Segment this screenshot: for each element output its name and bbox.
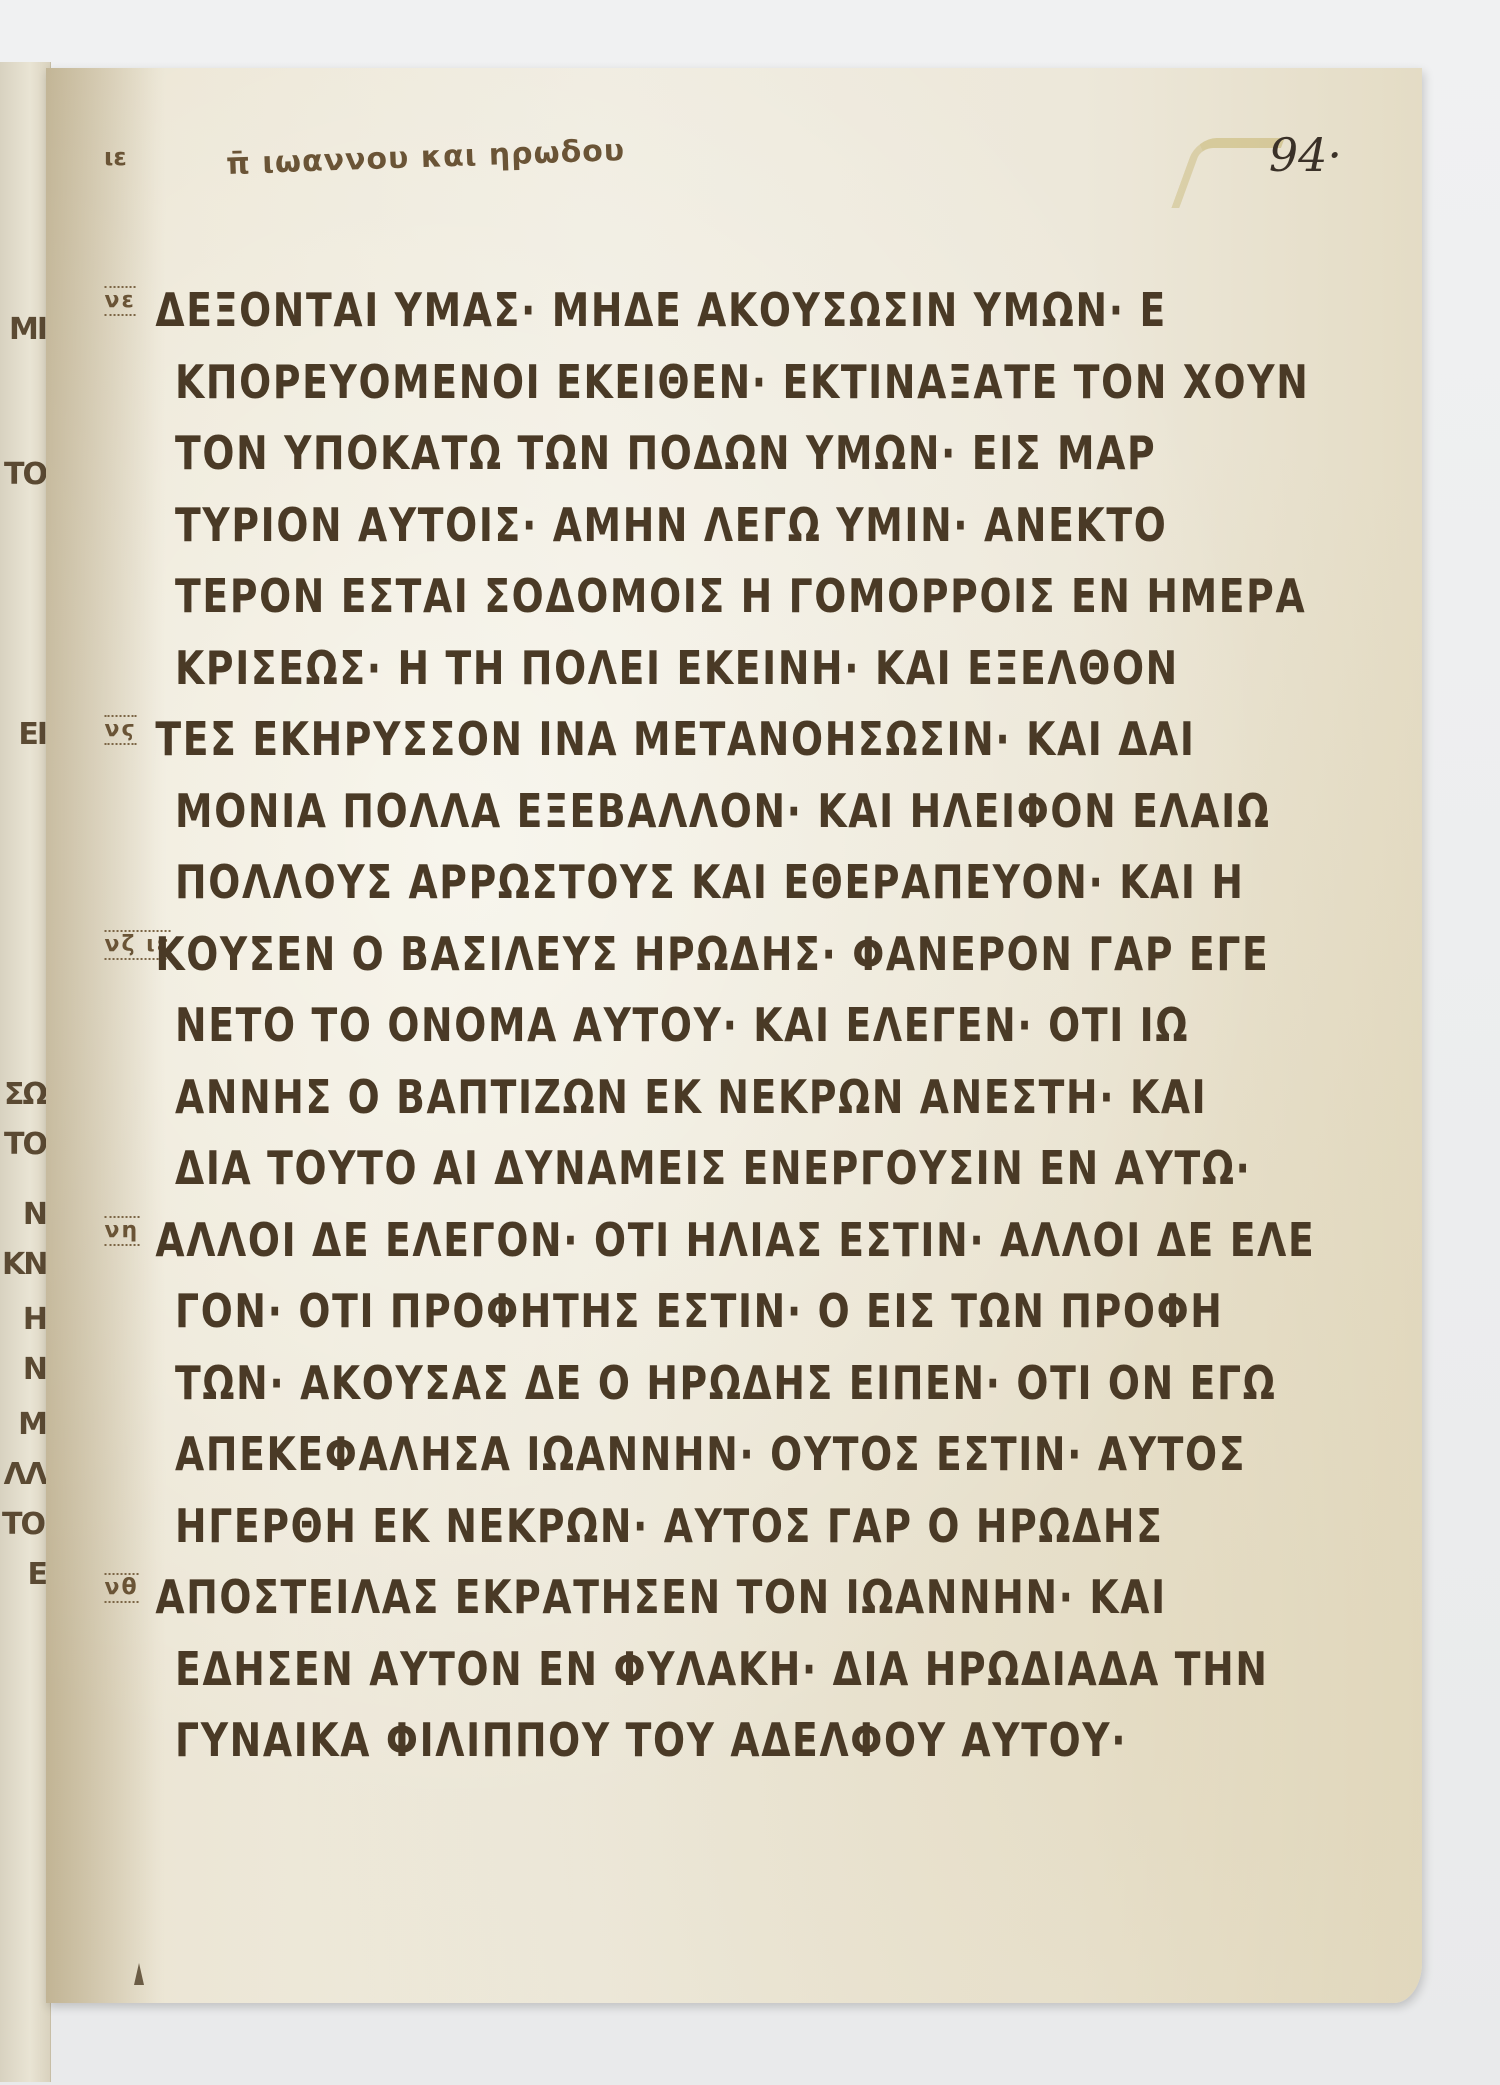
text-line: ΗΓΕΡΘΗ ΕΚ ΝΕΚΡΩΝ· ΑΥΤΟΣ ΓΑΡ Ο ΗΡΩΔΗΣ (116, 1496, 1100, 1568)
verso-fragment: ΕΙ (2, 717, 46, 752)
text-line: ΠΟΛΛΟΥΣ ΑΡΡΩΣΤΟΥΣ ΚΑΙ ΕΘΕΡΑΠΕΥΟΝ· ΚΑΙ Η (116, 852, 1100, 924)
line-text: ΤΥΡΙΟΝ ΑΥΤΟΙΣ· ΑΜΗΝ ΛΕΓΩ ΥΜΙΝ· ΑΝΕΚΤΟ (175, 495, 1167, 555)
verso-fragment: ΚΝ (2, 1247, 46, 1282)
text-line: ΜΟΝΙΑ ΠΟΛΛΑ ΕΞΕΒΑΛΛΟΝ· ΚΑΙ ΗΛΕΙΦΟΝ ΕΛΑΙΩ (116, 781, 1100, 853)
verso-fragment: ΜΙ (2, 312, 46, 347)
line-text: ΓΟΝ· ΟΤΙ ΠΡΟΦΗΤΗΣ ΕΣΤΙΝ· Ο ΕΙΣ ΤΩΝ ΠΡΟΦΗ (175, 1281, 1223, 1341)
text-line: ΤΥΡΙΟΝ ΑΥΤΟΙΣ· ΑΜΗΝ ΛΕΓΩ ΥΜΙΝ· ΑΝΕΚΤΟ (116, 495, 1100, 567)
text-line: ΔΙΑ ΤΟΥΤΟ ΑΙ ΔΥΝΑΜΕΙΣ ΕΝΕΡΓΟΥΣΙΝ ΕΝ ΑΥΤΩ… (116, 1138, 1100, 1210)
line-text: ΔΙΑ ΤΟΥΤΟ ΑΙ ΔΥΝΑΜΕΙΣ ΕΝΕΡΓΟΥΣΙΝ ΕΝ ΑΥΤΩ… (175, 1138, 1251, 1198)
verso-fragment: ΤΟ (2, 457, 46, 492)
line-text: ΚΠΟΡΕΥΟΜΕΝΟΙ ΕΚΕΙΘΕΝ· ΕΚΤΙΝΑΞΑΤΕ ΤΟΝ ΧΟΥ… (175, 352, 1309, 412)
verso-fragment: Ν (2, 1197, 46, 1232)
folio-number: 94· (1269, 128, 1342, 182)
text-line: ΑΝΝΗΣ Ο ΒΑΠΤΙΖΩΝ ΕΚ ΝΕΚΡΩΝ ΑΝΕΣΤΗ· ΚΑΙ (116, 1067, 1100, 1139)
verso-page-edge: ΜΙ ΤΟ ΕΙ ΣΩ ΤΟ Ν ΚΝ Η Ν Μ ΛΛ ΤΟΙ Ε (0, 62, 51, 2082)
verso-fragment: Μ (2, 1407, 46, 1442)
line-text: ΝΕΤΟ ΤΟ ΟΝΟΜΑ ΑΥΤΟΥ· ΚΑΙ ΕΛΕΓΕΝ· ΟΤΙ ΙΩ (175, 995, 1189, 1055)
text-line: νθ ΑΠΟΣΤΕΙΛΑΣ ΕΚΡΑΤΗΣΕΝ ΤΟΝ ΙΩΑΝΝΗΝ· ΚΑΙ (116, 1567, 1100, 1639)
verso-fragment: Ν (2, 1352, 46, 1387)
text-line: ΤΟΝ ΥΠΟΚΑΤΩ ΤΩΝ ΠΟΔΩΝ ΥΜΩΝ· ΕΙΣ ΜΑΡ (116, 423, 1100, 495)
line-text: ΑΛΛΟΙ ΔΕ ΕΛΕΓΟΝ· ΟΤΙ ΗΛΙΑΣ ΕΣΤΙΝ· ΑΛΛΟΙ … (155, 1210, 1315, 1270)
verso-fragment: ΤΟ (2, 1127, 46, 1162)
manuscript-folio: ιε π̄ ιωαννου και ηρωδου 94· νε ΔΕΞΟΝΤΑΙ… (46, 68, 1422, 2003)
text-line: νε ΔΕΞΟΝΤΑΙ ΥΜΑΣ· ΜΗΔΕ ΑΚΟΥΣΩΣΙΝ ΥΜΩΝ· Ε (116, 280, 1100, 352)
text-line: ΓΟΝ· ΟΤΙ ΠΡΟΦΗΤΗΣ ΕΣΤΙΝ· Ο ΕΙΣ ΤΩΝ ΠΡΟΦΗ (116, 1281, 1100, 1353)
verso-fragment: Ε (2, 1557, 46, 1592)
verso-fragment: ΤΟΙ (2, 1507, 46, 1542)
text-line: ΑΠΕΚΕΦΑΛΗΣΑ ΙΩΑΝΝΗΝ· ΟΥΤΟΣ ΕΣΤΙΝ· ΑΥΤΟΣ (116, 1424, 1100, 1496)
line-text: ΤΩΝ· ΑΚΟΥΣΑΣ ΔΕ Ο ΗΡΩΔΗΣ ΕΙΠΕΝ· ΟΤΙ ΟΝ Ε… (175, 1353, 1276, 1413)
verso-fragment: ΣΩ (2, 1077, 46, 1112)
text-line: ΝΕΤΟ ΤΟ ΟΝΟΜΑ ΑΥΤΟΥ· ΚΑΙ ΕΛΕΓΕΝ· ΟΤΙ ΙΩ (116, 995, 1100, 1067)
line-text: ΤΟΝ ΥΠΟΚΑΤΩ ΤΩΝ ΠΟΔΩΝ ΥΜΩΝ· ΕΙΣ ΜΑΡ (175, 423, 1156, 483)
text-line: ΓΥΝΑΙΚΑ ΦΙΛΙΠΠΟΥ ΤΟΥ ΑΔΕΛΦΟΥ ΑΥΤΟΥ· (116, 1710, 1100, 1782)
section-number-margin: νη (105, 1216, 140, 1246)
text-line: ΤΕΡΟΝ ΕΣΤΑΙ ΣΟΔΟΜΟΙΣ Η ΓΟΜΟΡΡΟΙΣ ΕΝ ΗΜΕΡ… (116, 566, 1100, 638)
running-title: π̄ ιωαννου και ηρωδου (226, 133, 626, 182)
section-number-margin: νε (105, 286, 136, 316)
verso-fragment: Η (2, 1302, 46, 1337)
text-line: νϛ ΤΕΣ ΕΚΗΡΥΣΣΟΝ ΙΝΑ ΜΕΤΑΝΟΗΣΩΣΙΝ· ΚΑΙ Δ… (116, 709, 1100, 781)
text-line: ΚΠΟΡΕΥΟΜΕΝΟΙ ΕΚΕΙΘΕΝ· ΕΚΤΙΝΑΞΑΤΕ ΤΟΝ ΧΟΥ… (116, 352, 1100, 424)
line-text: ΚΟΥΣΕΝ Ο ΒΑΣΙΛΕΥΣ ΗΡΩΔΗΣ· ΦΑΝΕΡΟΝ ΓΑΡ ΕΓ… (155, 924, 1269, 984)
section-number-margin: νϛ (105, 715, 137, 745)
text-line: ΚΡΙΣΕΩΣ· Η ΤΗ ΠΟΛΕΙ ΕΚΕΙΝΗ· ΚΑΙ ΕΞΕΛΘΟΝ (116, 638, 1100, 710)
line-text: ΑΠΕΚΕΦΑΛΗΣΑ ΙΩΑΝΝΗΝ· ΟΥΤΟΣ ΕΣΤΙΝ· ΑΥΤΟΣ (175, 1424, 1246, 1484)
line-text: ΔΕΞΟΝΤΑΙ ΥΜΑΣ· ΜΗΔΕ ΑΚΟΥΣΩΣΙΝ ΥΜΩΝ· Ε (155, 280, 1167, 340)
line-text: ΚΡΙΣΕΩΣ· Η ΤΗ ΠΟΛΕΙ ΕΚΕΙΝΗ· ΚΑΙ ΕΞΕΛΘΟΝ (175, 638, 1179, 698)
text-line: νη ΑΛΛΟΙ ΔΕ ΕΛΕΓΟΝ· ΟΤΙ ΗΛΙΑΣ ΕΣΤΙΝ· ΑΛΛ… (116, 1210, 1100, 1282)
line-text: ΤΕΣ ΕΚΗΡΥΣΣΟΝ ΙΝΑ ΜΕΤΑΝΟΗΣΩΣΙΝ· ΚΑΙ ΔΑΙ (155, 709, 1195, 769)
line-text: ΑΠΟΣΤΕΙΛΑΣ ΕΚΡΑΤΗΣΕΝ ΤΟΝ ΙΩΑΝΝΗΝ· ΚΑΙ (155, 1567, 1166, 1627)
text-line: ΕΔΗΣΕΝ ΑΥΤΟΝ ΕΝ ΦΥΛΑΚΗ· ΔΙΑ ΗΡΩΔΙΑΔΑ ΤΗΝ (116, 1639, 1100, 1711)
line-text: ΠΟΛΛΟΥΣ ΑΡΡΩΣΤΟΥΣ ΚΑΙ ΕΘΕΡΑΠΕΥΟΝ· ΚΑΙ Η (175, 852, 1245, 912)
ink-mark (134, 1963, 144, 1985)
text-line: νζ ιε ΚΟΥΣΕΝ Ο ΒΑΣΙΛΕΥΣ ΗΡΩΔΗΣ· ΦΑΝΕΡΟΝ … (116, 924, 1100, 996)
line-text: ΕΔΗΣΕΝ ΑΥΤΟΝ ΕΝ ΦΥΛΑΚΗ· ΔΙΑ ΗΡΩΔΙΑΔΑ ΤΗΝ (175, 1639, 1268, 1699)
line-text: ΓΥΝΑΙΚΑ ΦΙΛΙΠΠΟΥ ΤΟΥ ΑΔΕΛΦΟΥ ΑΥΤΟΥ· (175, 1710, 1127, 1770)
text-line: ΤΩΝ· ΑΚΟΥΣΑΣ ΔΕ Ο ΗΡΩΔΗΣ ΕΙΠΕΝ· ΟΤΙ ΟΝ Ε… (116, 1353, 1100, 1425)
stain-mark (1171, 138, 1284, 208)
running-title-chapter-number: ιε (104, 143, 127, 171)
verso-fragment: ΛΛ (2, 1457, 46, 1492)
section-number-margin: νθ (105, 1573, 139, 1603)
line-text: ΤΕΡΟΝ ΕΣΤΑΙ ΣΟΔΟΜΟΙΣ Η ΓΟΜΟΡΡΟΙΣ ΕΝ ΗΜΕΡ… (175, 566, 1306, 626)
main-text-column: νε ΔΕΞΟΝΤΑΙ ΥΜΑΣ· ΜΗΔΕ ΑΚΟΥΣΩΣΙΝ ΥΜΩΝ· Ε… (116, 280, 1316, 1782)
line-text: ΗΓΕΡΘΗ ΕΚ ΝΕΚΡΩΝ· ΑΥΤΟΣ ΓΑΡ Ο ΗΡΩΔΗΣ (175, 1496, 1163, 1556)
line-text: ΑΝΝΗΣ Ο ΒΑΠΤΙΖΩΝ ΕΚ ΝΕΚΡΩΝ ΑΝΕΣΤΗ· ΚΑΙ (175, 1067, 1207, 1127)
line-text: ΜΟΝΙΑ ΠΟΛΛΑ ΕΞΕΒΑΛΛΟΝ· ΚΑΙ ΗΛΕΙΦΟΝ ΕΛΑΙΩ (175, 781, 1271, 841)
